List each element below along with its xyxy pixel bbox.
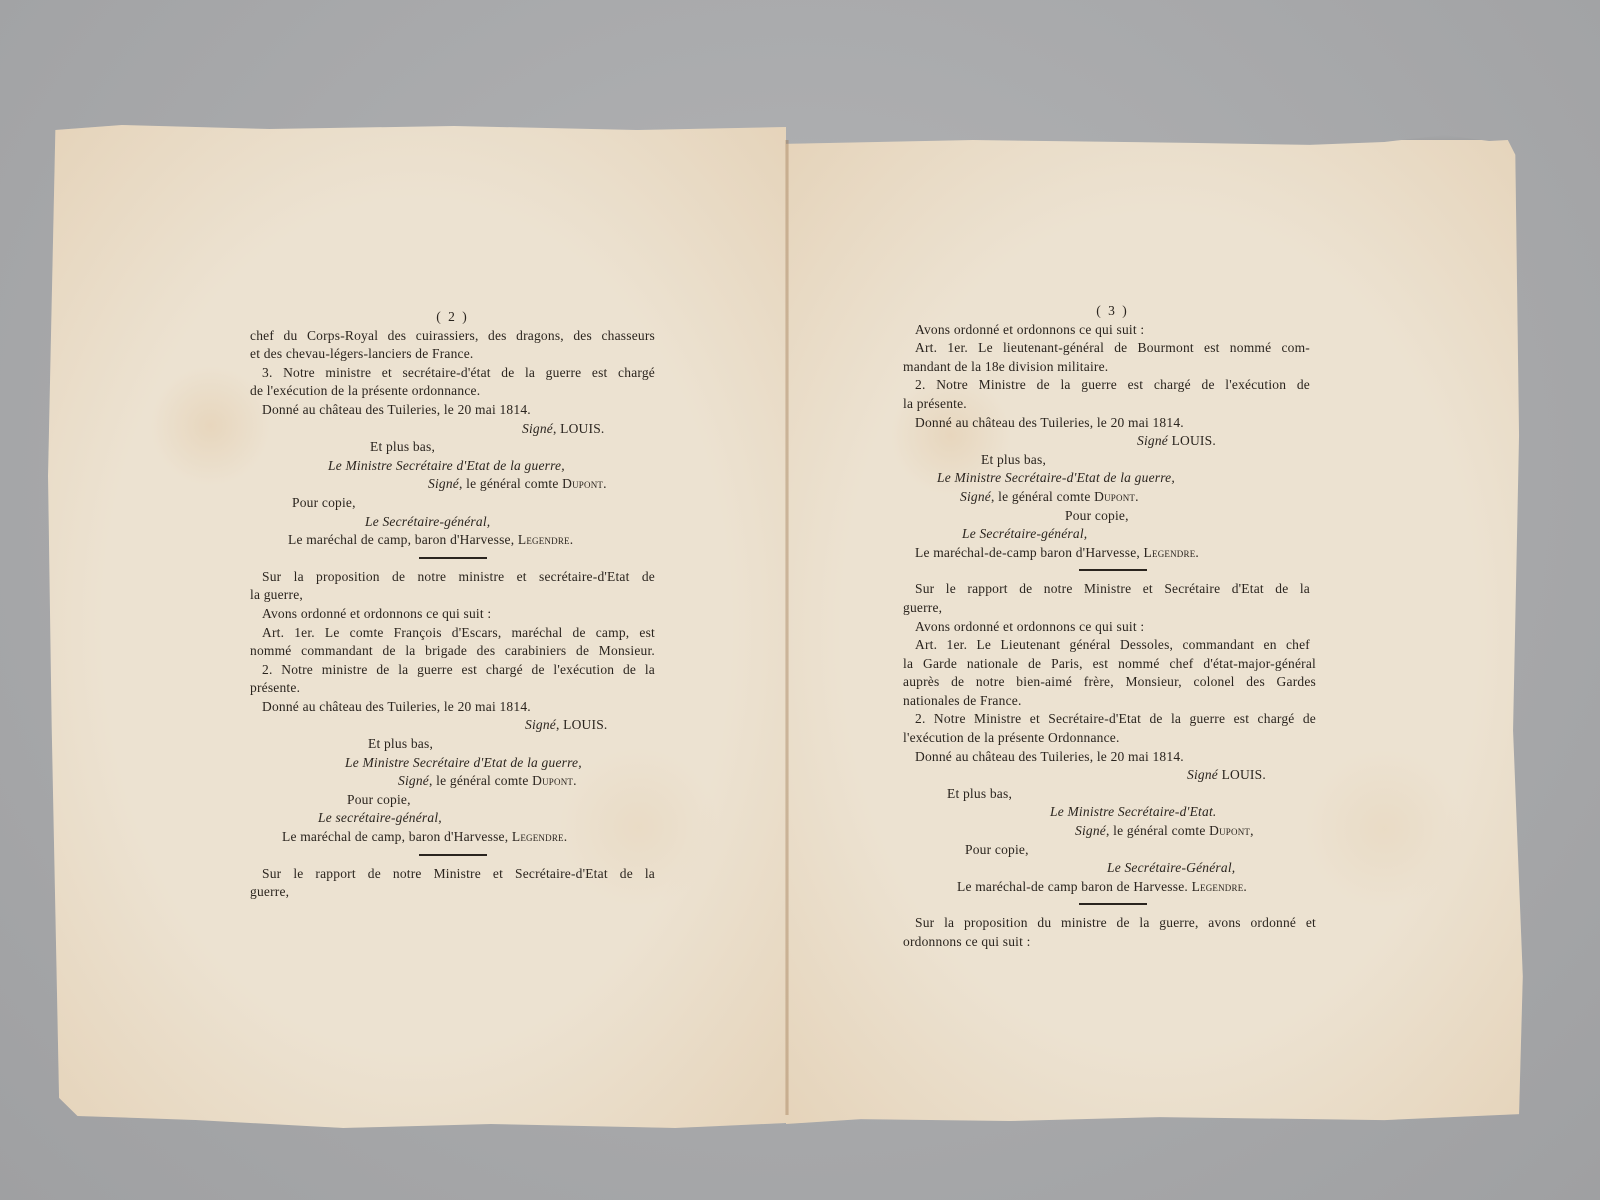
minister-title: Le Ministre Secrétaire d'Etat de la guer…: [250, 754, 655, 773]
text-line: nommé commandant de la brigade des carab…: [250, 642, 655, 661]
plus-bas: Et plus bas,: [250, 438, 655, 457]
royal-signature: Signé LOUIS.: [915, 766, 1310, 785]
right-page-text: ( 3 ) Avons ordonné et ordonnons ce qui …: [915, 302, 1310, 952]
plus-bas: Et plus bas,: [250, 735, 655, 754]
text-line: mandant de la 18e division militaire.: [903, 358, 1310, 377]
section-divider: [419, 557, 487, 559]
section-divider: [1079, 569, 1147, 571]
section-divider: [1079, 903, 1147, 905]
text-line: guerre,: [903, 599, 1310, 618]
text-line: nationales de France.: [903, 692, 1310, 711]
secretary-title: Le Secrétaire-général,: [915, 525, 1310, 544]
article-1: Art. 1er. Le comte François d'Escars, ma…: [250, 624, 655, 643]
article-1: Art. 1er. Le lieutenant-général de Bourm…: [915, 339, 1310, 358]
secretary-title: Le Secrétaire-général,: [250, 513, 655, 532]
royal-signature: Signé, LOUIS.: [250, 716, 655, 735]
marechal-signature: Le maréchal-de-camp baron d'Harvesse, Le…: [915, 544, 1310, 563]
given-date: Donné au château des Tuileries, le 20 ma…: [250, 401, 655, 420]
secretary-title: Le Secrétaire-Général,: [915, 859, 1310, 878]
section-divider: [419, 854, 487, 856]
text-line: Sur la proposition du ministre de la gue…: [915, 914, 1316, 933]
text-line: et des chevau-légers-lanciers de France.: [250, 345, 655, 364]
article-2: 2. Notre ministre de la guerre est charg…: [250, 661, 655, 680]
text-line: présente.: [250, 679, 655, 698]
minister-signature: Signé, le général comte Dupont.: [250, 772, 655, 791]
text-line: Sur la proposition de notre ministre et …: [250, 568, 655, 587]
page-number: ( 3 ): [915, 302, 1310, 321]
royal-signature: Signé LOUIS.: [915, 432, 1310, 451]
given-date: Donné au château des Tuileries, le 20 ma…: [915, 748, 1310, 767]
text-line: la présente.: [903, 395, 1310, 414]
royal-signature: Signé, LOUIS.: [250, 420, 655, 439]
text-line: chef du Corps-Royal des cuirassiers, des…: [250, 327, 655, 346]
pour-copie: Pour copie,: [915, 841, 1310, 860]
article-2: 2. Notre Ministre de la guerre est charg…: [915, 376, 1310, 395]
marechal-signature: Le maréchal de camp, baron d'Harvesse, L…: [250, 531, 655, 550]
pour-copie: Pour copie,: [250, 494, 655, 513]
text-line: ordonnons ce qui suit :: [903, 933, 1310, 952]
minister-title: Le Ministre Secrétaire-d'Etat de la guer…: [915, 469, 1310, 488]
text-line: la guerre,: [250, 586, 655, 605]
avons-ordonne: Avons ordonné et ordonnons ce qui suit :: [915, 321, 1310, 340]
minister-signature: Signé, le général comte Dupont.: [915, 488, 1310, 507]
book-spine-fold: [785, 140, 789, 1115]
marechal-signature: Le maréchal-de camp baron de Harvesse. L…: [915, 878, 1310, 897]
given-date: Donné au château des Tuileries, le 20 ma…: [915, 414, 1310, 433]
plus-bas: Et plus bas,: [915, 451, 1310, 470]
page-number: ( 2 ): [250, 308, 655, 327]
minister-title: Le Ministre Secrétaire d'Etat de la guer…: [250, 457, 655, 476]
marechal-signature: Le maréchal de camp, baron d'Harvesse, L…: [250, 828, 655, 847]
text-line: Sur le rapport de notre Ministre et Secr…: [250, 865, 655, 884]
secretary-title: Le secrétaire-général,: [250, 809, 655, 828]
minister-signature: Signé, le général comte Dupont,: [915, 822, 1310, 841]
article-1: Art. 1er. Le Lieutenant général Dessoles…: [915, 636, 1310, 655]
pour-copie: Pour copie,: [915, 507, 1310, 526]
text-line: Sur le rapport de notre Ministre et Secr…: [915, 580, 1310, 599]
text-line: auprès de notre bien-aimé frère, Monsieu…: [903, 673, 1316, 692]
avons-ordonne: Avons ordonné et ordonnons ce qui suit :: [915, 618, 1310, 637]
text-line: la Garde nationale de Paris, est nommé c…: [903, 655, 1316, 674]
article-3: 3. Notre ministre et secrétaire-d'état d…: [250, 364, 655, 383]
text-line: guerre,: [250, 883, 655, 902]
avons-ordonne: Avons ordonné et ordonnons ce qui suit :: [250, 605, 655, 624]
minister-title: Le Ministre Secrétaire-d'Etat.: [915, 803, 1310, 822]
given-date: Donné au château des Tuileries, le 20 ma…: [250, 698, 655, 717]
text-line: de l'exécution de la présente ordonnance…: [250, 382, 655, 401]
minister-signature: Signé, le général comte Dupont.: [250, 475, 655, 494]
left-page-text: ( 2 ) chef du Corps-Royal des cuirassier…: [250, 308, 655, 902]
pour-copie: Pour copie,: [250, 791, 655, 810]
text-line: l'exécution de la présente Ordonnance.: [903, 729, 1310, 748]
plus-bas: Et plus bas,: [915, 785, 1310, 804]
article-2: 2. Notre Ministre et Secrétaire-d'Etat d…: [915, 710, 1316, 729]
